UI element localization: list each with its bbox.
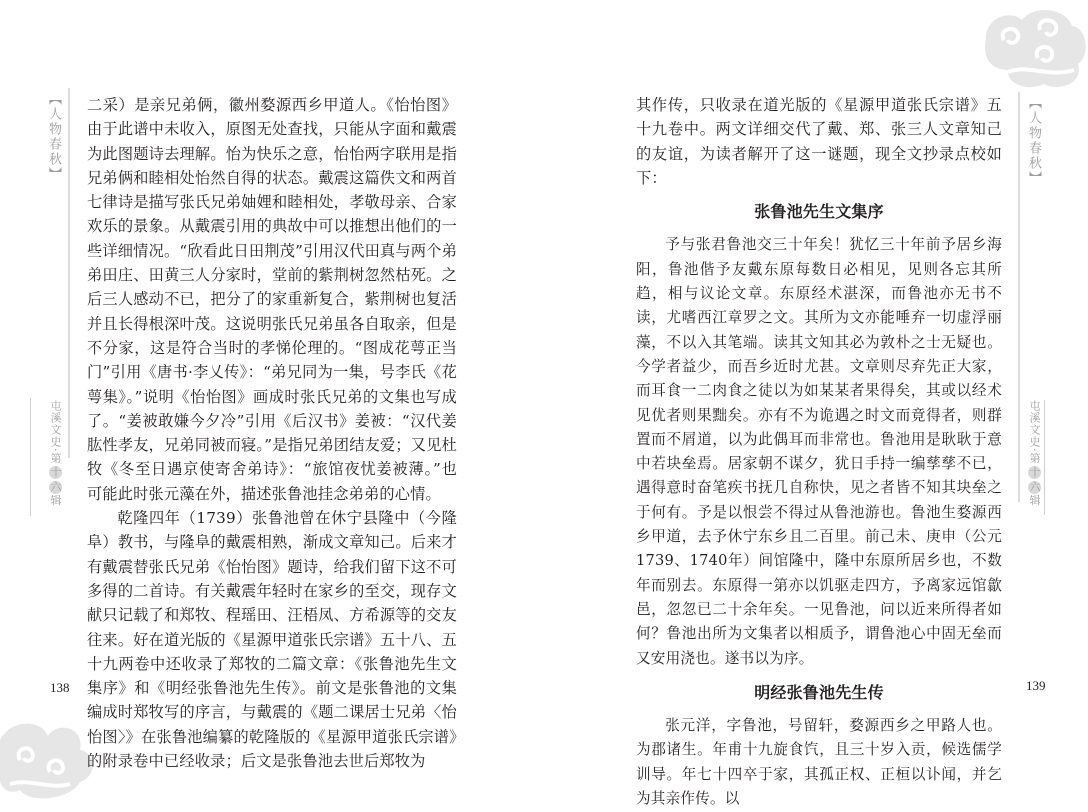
series-label: 屯溪文史·第十六辑: [47, 400, 63, 507]
right-page: 【人物春秋】 屯溪文史·第十六辑 139 其作传，只收录在道光版的《星源甲道张氏…: [544, 0, 1088, 812]
series-label-suffix: 辑: [49, 495, 62, 507]
quoted-text-block: 予与张君鲁池交三十年矣！犹忆三十年前予居乡海阳，鲁池偕予友戴东原每数日必相见，见…: [636, 233, 1002, 670]
series-number-circle: 十: [49, 466, 62, 479]
section-header-label: 【人物春秋】: [1024, 96, 1043, 186]
left-body-text: 二采）是亲兄弟俩，徽州婺源西乡甲道人。《怡怡图》由于此谱中未收入，原图无处查找，…: [87, 93, 457, 773]
section-header-label: 【人物春秋】: [44, 92, 63, 182]
quoted-text-block: 张元洋，字鲁池，号留轩，婺源西乡之甲路人也。为郡诸生。年甫十九旋食饩，且三十岁入…: [636, 714, 1002, 811]
paragraph: 予与张君鲁池交三十年矣！犹忆三十年前予居乡海阳，鲁池偕予友戴东原每数日必相见，见…: [636, 233, 1002, 670]
series-number-circle: 六: [49, 481, 62, 494]
right-body-text: 其作传，只收录在道光版的《星源甲道张氏宗谱》五十九卷中。两文详细交代了戴、郑、张…: [636, 93, 1002, 811]
paragraph: 乾隆四年（1739）张鲁池曾在休宁县隆中（今隆阜）教书，与隆阜的戴震相熟，渐成文…: [87, 506, 457, 773]
left-page: 【人物春秋】 屯溪文史·第十六辑 138 二采）是亲兄弟俩，徽州婺源西乡甲道人。…: [0, 0, 544, 812]
cloud-ornament-icon: [0, 700, 100, 810]
series-number-circle: 十: [1028, 466, 1041, 479]
series-label: 屯溪文史·第十六辑: [1026, 400, 1042, 507]
section-title: 明经张鲁池先生传: [636, 681, 1002, 705]
right-margin-rule: [1018, 92, 1020, 502]
paragraph: 二采）是亲兄弟俩，徽州婺源西乡甲道人。《怡怡图》由于此谱中未收入，原图无处查找，…: [87, 93, 457, 506]
section-title: 张鲁池先生文集序: [636, 200, 1002, 224]
page-number: 139: [1026, 678, 1046, 694]
left-margin-rule: [68, 88, 70, 458]
intro-paragraph: 其作传，只收录在道光版的《星源甲道张氏宗谱》五十九卷中。两文详细交代了戴、郑、张…: [636, 93, 1002, 190]
series-label-prefix: 屯溪文史·第: [1028, 400, 1041, 465]
page-number: 138: [50, 680, 70, 696]
series-label-suffix: 辑: [1028, 495, 1041, 507]
series-rule: [30, 398, 31, 516]
series-rule: [1044, 400, 1045, 515]
series-label-prefix: 屯溪文史·第: [49, 400, 62, 465]
paragraph: 张元洋，字鲁池，号留轩，婺源西乡之甲路人也。为郡诸生。年甫十九旋食饩，且三十岁入…: [636, 714, 1002, 811]
series-number-circle: 六: [1028, 481, 1041, 494]
cloud-ornament-icon: [978, 0, 1088, 92]
